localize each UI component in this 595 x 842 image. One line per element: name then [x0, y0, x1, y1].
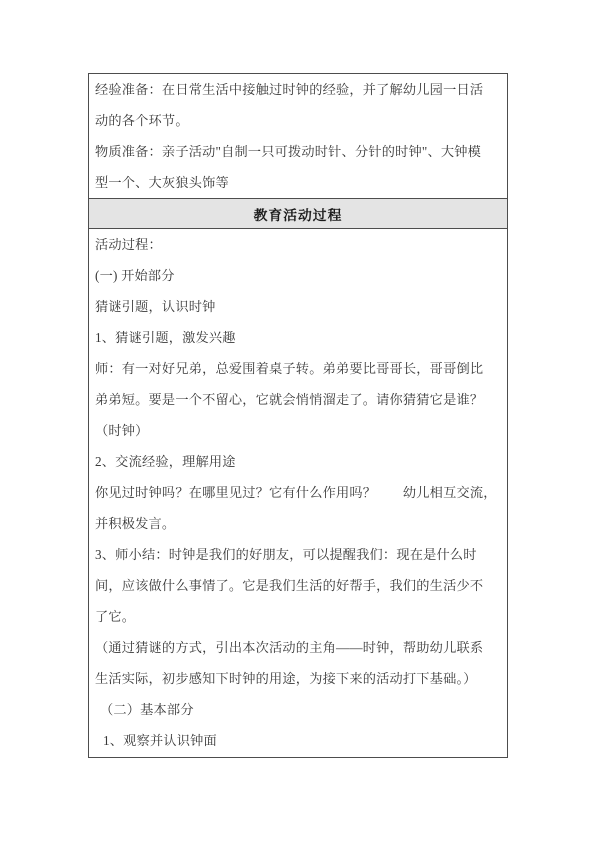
prep-line: 型一个、大灰狼头饰等: [95, 167, 501, 198]
process-line: 活动过程：: [95, 229, 501, 260]
prep-line: 物质准备：亲子活动"自制一只可拨动时针、分针的时钟"、大钟模: [95, 136, 501, 167]
preparation-section: 经验准备：在日常生活中接触过时钟的经验，并了解幼儿园一日活 动的各个环节。 物质…: [89, 74, 507, 199]
lesson-plan-table: 经验准备：在日常生活中接触过时钟的经验，并了解幼儿园一日活 动的各个环节。 物质…: [88, 73, 508, 758]
section-header-row: 教育活动过程: [89, 199, 507, 229]
process-line: （通过猜谜的方式，引出本次活动的主角——时钟，帮助幼儿联系: [95, 632, 501, 663]
prep-line: 经验准备：在日常生活中接触过时钟的经验，并了解幼儿园一日活: [95, 74, 501, 105]
process-line: 间，应该做什么事情了。它是我们生活的好帮手，我们的生活少不: [95, 570, 501, 601]
process-line: 1、观察并认识钟面: [95, 725, 501, 756]
process-line: 了它。: [95, 601, 501, 632]
process-line: 猜谜引题，认识时钟: [95, 291, 501, 322]
process-line: 师：有一对好兄弟，总爱围着桌子转。弟弟要比哥哥长，哥哥倒比: [95, 353, 501, 384]
process-line: 2、交流经验，理解用途: [95, 446, 501, 477]
process-line: 生活实际，初步感知下时钟的用途，为接下来的活动打下基础。）: [95, 663, 501, 694]
process-line: （二）基本部分: [95, 694, 501, 725]
section-header-title: 教育活动过程: [254, 204, 343, 224]
prep-line: 动的各个环节。: [95, 105, 501, 136]
document-page: 经验准备：在日常生活中接触过时钟的经验，并了解幼儿园一日活 动的各个环节。 物质…: [0, 0, 595, 842]
process-line: 并积极发言。: [95, 508, 501, 539]
process-line: 你见过时钟吗？在哪里见过？它有什么作用吗？ 幼儿相互交流，: [95, 477, 501, 508]
process-section: 活动过程： (一) 开始部分 猜谜引题，认识时钟 1、猜谜引题，激发兴趣 师：有…: [89, 229, 507, 757]
process-line: (一) 开始部分: [95, 260, 501, 291]
process-line: （时钟）: [95, 415, 501, 446]
process-line: 弟弟短。要是一个不留心，它就会悄悄溜走了。请你猜猜它是谁？: [95, 384, 501, 415]
process-line: 1、猜谜引题，激发兴趣: [95, 322, 501, 353]
process-line: 3、师小结：时钟是我们的好朋友，可以提醒我们：现在是什么时: [95, 539, 501, 570]
